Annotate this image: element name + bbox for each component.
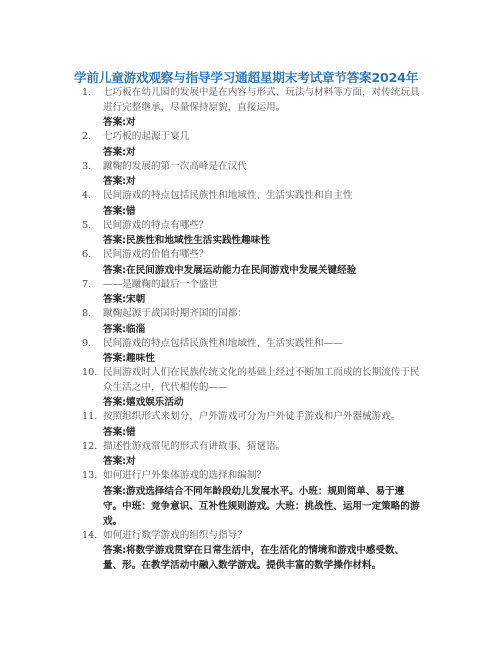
question-text: 蹴鞠起源于战国时期齐国的国都：	[103, 307, 422, 322]
question-text: 民间游戏的特点包括民族性和地域性、生活实践性和自主性	[103, 189, 422, 204]
question-number: 5.	[82, 219, 102, 234]
question-text: 民间游戏的特点有哪些？	[103, 219, 422, 234]
answer-text: 答案:对	[103, 115, 422, 130]
answer-text: 答案:对	[103, 454, 422, 469]
answer-text: 答案:在民间游戏中发展运动能力在民间游戏中发展关键经验	[103, 263, 422, 278]
question-item: 5. 民间游戏的特点有哪些？ 答案:民族性和地域性生活实践性趣味性	[82, 219, 422, 249]
question-text: 七巧板在幼儿园的发展中是在内容与形式、玩法与材料等方面，对传统玩具进行完整继承，…	[103, 86, 422, 115]
question-text: 民间游戏时人们在民族传统文化的基础上经过不断加工而成的长期流传于民众生活之中，代…	[103, 366, 422, 395]
question-number: 11.	[82, 410, 102, 425]
answer-text: 答案:将数学游戏贯穿在日常生活中，在生活化的情境和游戏中感受数、量、形。在教学活…	[103, 543, 422, 573]
question-number: 3.	[82, 160, 102, 175]
answer-text: 答案:对	[103, 145, 422, 160]
question-number: 14.	[82, 529, 102, 544]
answer-text: 答案:游戏选择结合不同年龄段幼儿发展水平。小班：规则简单、易于遵守。中班：竞争意…	[103, 484, 422, 529]
question-item: 8. 蹴鞠起源于战国时期齐国的国都： 答案:临淄	[82, 307, 422, 337]
question-number: 1.	[82, 86, 102, 101]
answer-text: 答案:错	[103, 204, 422, 219]
question-item: 4. 民间游戏的特点包括民族性和地域性、生活实践性和自主性 答案:错	[82, 189, 422, 219]
answer-text: 答案:民族性和地域性生活实践性趣味性	[103, 233, 422, 248]
answer-text: 答案:嬉戏娱乐活动	[103, 395, 422, 410]
document-page: 学前儿童游戏观察与指导学习通超星期末考试章节答案2024年 1. 七巧板在幼儿园…	[0, 0, 500, 647]
question-item: 12. 描述性游戏常见的形式有讲故事、猜谜语。 答案:对	[82, 440, 422, 470]
question-number: 7.	[82, 278, 102, 293]
answer-text: 答案:错	[103, 425, 422, 440]
answer-text: 答案:宋朝	[103, 292, 422, 307]
question-number: 9.	[82, 337, 102, 352]
question-number: 2.	[82, 130, 102, 145]
question-item: 6. 民间游戏的价值有哪些？ 答案:在民间游戏中发展运动能力在民间游戏中发展关键…	[82, 248, 422, 278]
question-text: 民间游戏的特点包括民族性和地域性、生活实践性和——	[103, 337, 422, 352]
question-number: 6.	[82, 248, 102, 263]
question-number: 12.	[82, 440, 102, 455]
question-item: 14. 如何进行数学游戏的组织与指导？ 答案:将数学游戏贯穿在日常生活中，在生活…	[82, 529, 422, 574]
question-text: 民间游戏的价值有哪些？	[103, 248, 422, 263]
question-text: 如何进行户外集体游戏的选择和编制？	[103, 469, 422, 484]
question-number: 4.	[82, 189, 102, 204]
question-text: 按照组织形式来划分，户外游戏可分为户外徒手游戏和户外器械游戏。	[103, 410, 422, 425]
question-item: 2. 七巧板的起源于宴几 答案:对	[82, 130, 422, 160]
question-text: 如何进行数学游戏的组织与指导？	[103, 529, 422, 544]
question-number: 13.	[82, 469, 102, 484]
question-item: 7. ——是蹴鞠的最后一个盛世 答案:宋朝	[82, 278, 422, 308]
document-title: 学前儿童游戏观察与指导学习通超星期末考试章节答案2024年	[74, 67, 474, 86]
question-item: 9. 民间游戏的特点包括民族性和地域性、生活实践性和—— 答案:趣味性	[82, 337, 422, 367]
answer-text: 答案:对	[103, 174, 422, 189]
question-list: 1. 七巧板在幼儿园的发展中是在内容与形式、玩法与材料等方面，对传统玩具进行完整…	[82, 86, 422, 573]
question-text: 描述性游戏常见的形式有讲故事、猜谜语。	[103, 440, 422, 455]
question-item: 3. 蹴鞠的发展的第一次高峰是在汉代 答案:对	[82, 160, 422, 190]
question-text: ——是蹴鞠的最后一个盛世	[103, 278, 422, 293]
question-item: 11. 按照组织形式来划分，户外游戏可分为户外徒手游戏和户外器械游戏。 答案:错	[82, 410, 422, 440]
question-text: 蹴鞠的发展的第一次高峰是在汉代	[103, 160, 422, 175]
answer-text: 答案:临淄	[103, 322, 422, 337]
question-number: 10.	[82, 366, 102, 381]
answer-text: 答案:趣味性	[103, 351, 422, 366]
question-item: 13. 如何进行户外集体游戏的选择和编制？ 答案:游戏选择结合不同年龄段幼儿发展…	[82, 469, 422, 529]
question-text: 七巧板的起源于宴几	[103, 130, 422, 145]
question-number: 8.	[82, 307, 102, 322]
question-item: 10. 民间游戏时人们在民族传统文化的基础上经过不断加工而成的长期流传于民众生活…	[82, 366, 422, 410]
question-item: 1. 七巧板在幼儿园的发展中是在内容与形式、玩法与材料等方面，对传统玩具进行完整…	[82, 86, 422, 130]
